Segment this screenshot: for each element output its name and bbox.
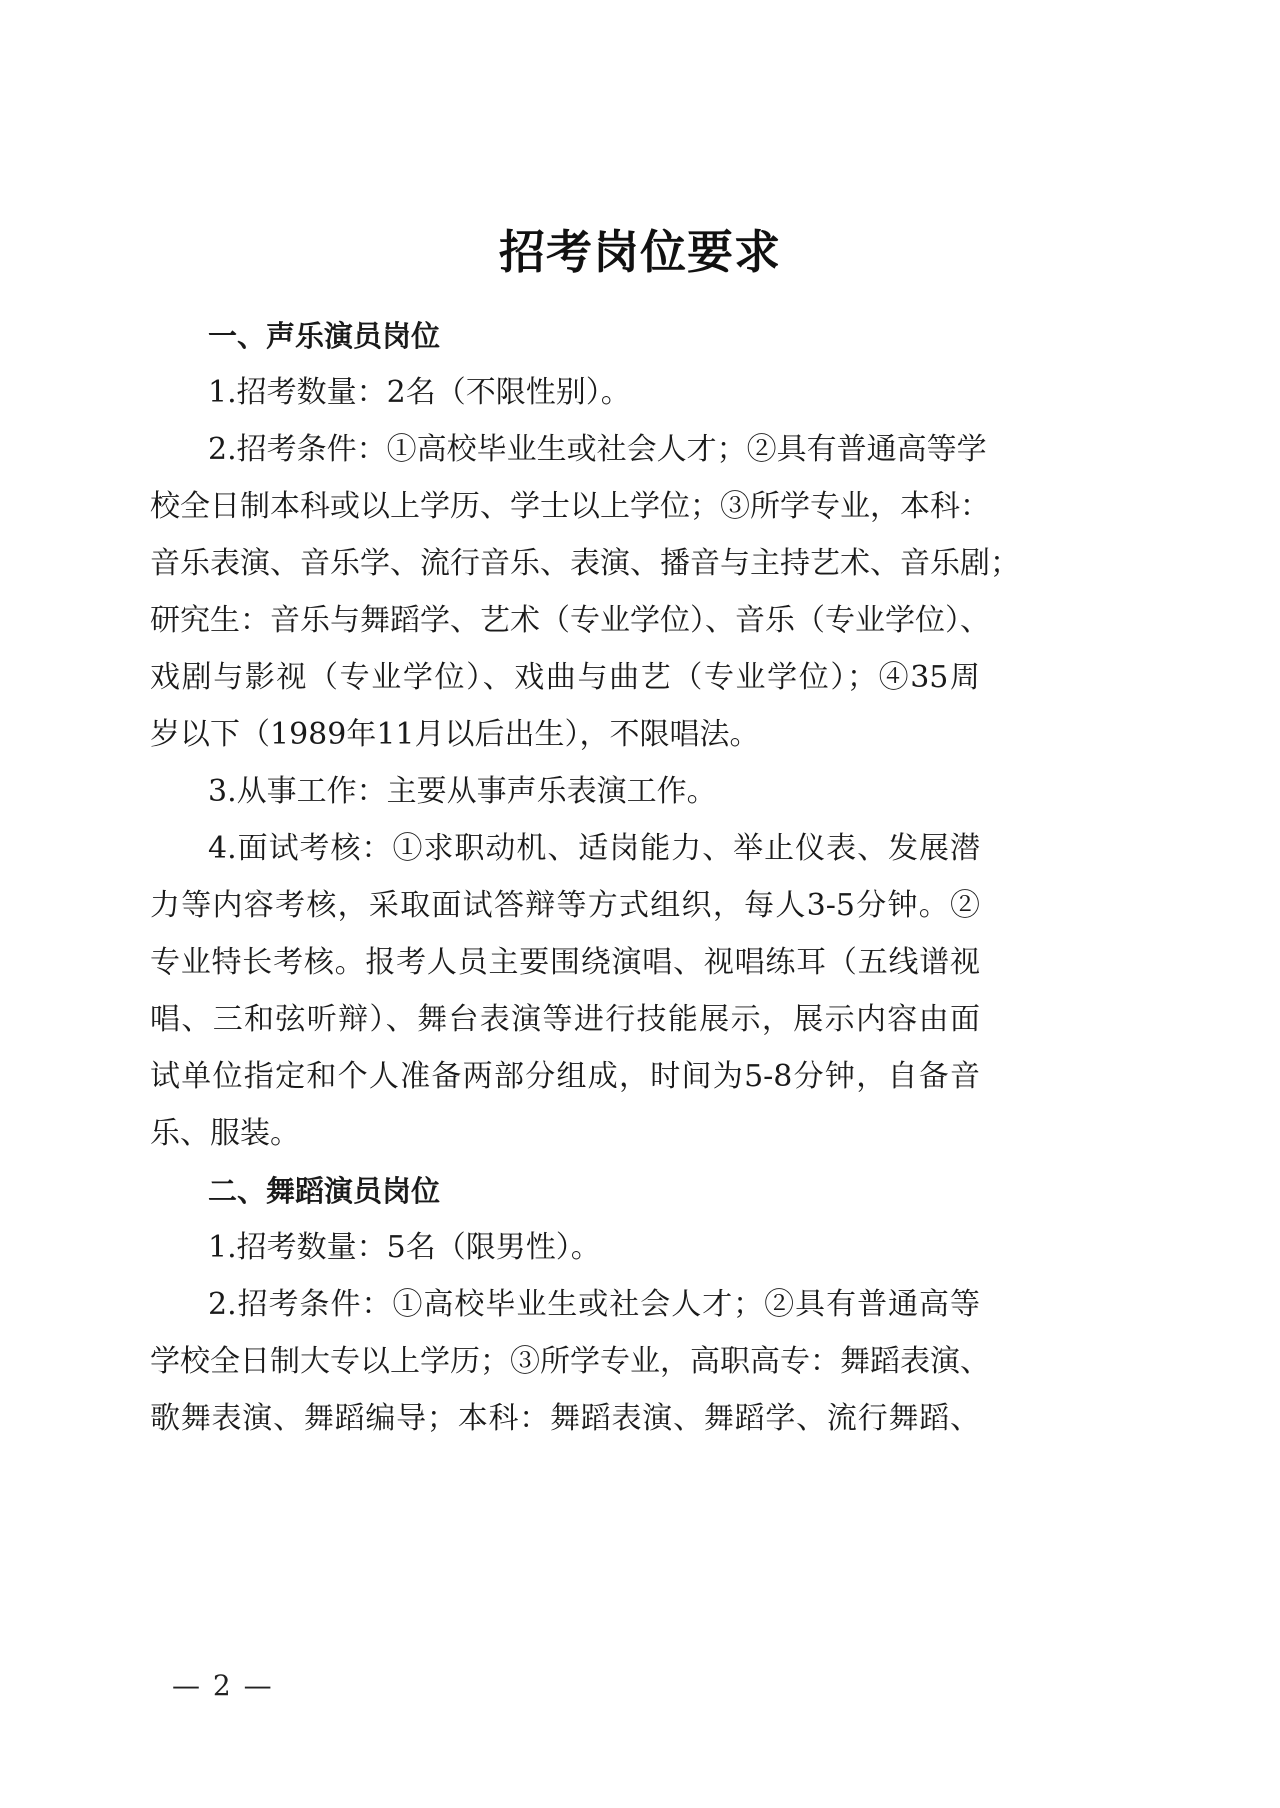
paragraph-line: 研究生：音乐与舞蹈学、艺术（专业学位）、音乐（专业学位）、 <box>150 601 980 641</box>
paragraph-line: 岁以下（1989年11月以后出生），不限唱法。 <box>150 715 980 755</box>
paragraph-line: 唱、三和弦听辩）、舞台表演等进行技能展示，展示内容由面 <box>150 1000 980 1040</box>
paragraph-line: 4.面试考核：①求职动机、适岗能力、举止仪表、发展潜 <box>208 829 980 869</box>
paragraph-line: 2.招考条件：①高校毕业生或社会人才；②具有普通高等学 <box>208 430 980 470</box>
paragraph-line: 专业特长考核。报考人员主要围绕演唱、视唱练耳（五线谱视 <box>150 943 980 983</box>
document-page: 招考岗位要求 一、声乐演员岗位 1.招考数量：2名（不限性别）。 2.招考条件：… <box>0 0 1280 1808</box>
paragraph-line: 1.招考数量：2名（不限性别）。 <box>208 373 980 413</box>
paragraph-line: 试单位指定和个人准备两部分组成，时间为5-8分钟，自备音 <box>150 1057 980 1097</box>
section-heading-vocal: 一、声乐演员岗位 <box>208 316 980 356</box>
page-title: 招考岗位要求 <box>0 222 1280 282</box>
paragraph-line: 音乐表演、音乐学、流行音乐、表演、播音与主持艺术、音乐剧； <box>150 544 980 584</box>
paragraph-line: 1.招考数量：5名（限男性）。 <box>208 1228 980 1268</box>
paragraph-line: 力等内容考核，采取面试答辩等方式组织，每人3-5分钟。② <box>150 886 980 926</box>
section-heading-dance: 二、舞蹈演员岗位 <box>208 1171 980 1211</box>
paragraph-line: 2.招考条件：①高校毕业生或社会人才；②具有普通高等 <box>208 1285 980 1325</box>
paragraph-line: 歌舞表演、舞蹈编导；本科：舞蹈表演、舞蹈学、流行舞蹈、 <box>150 1399 980 1439</box>
paragraph-line: 校全日制本科或以上学历、学士以上学位；③所学专业，本科： <box>150 487 980 527</box>
page-number: — 2 — <box>172 1668 274 1704</box>
paragraph-line: 3.从事工作：主要从事声乐表演工作。 <box>208 772 980 812</box>
paragraph-line: 戏剧与影视（专业学位）、戏曲与曲艺（专业学位）；④35周 <box>150 658 980 698</box>
paragraph-line: 学校全日制大专以上学历；③所学专业，高职高专：舞蹈表演、 <box>150 1342 980 1382</box>
paragraph-line: 乐、服装。 <box>150 1114 980 1154</box>
